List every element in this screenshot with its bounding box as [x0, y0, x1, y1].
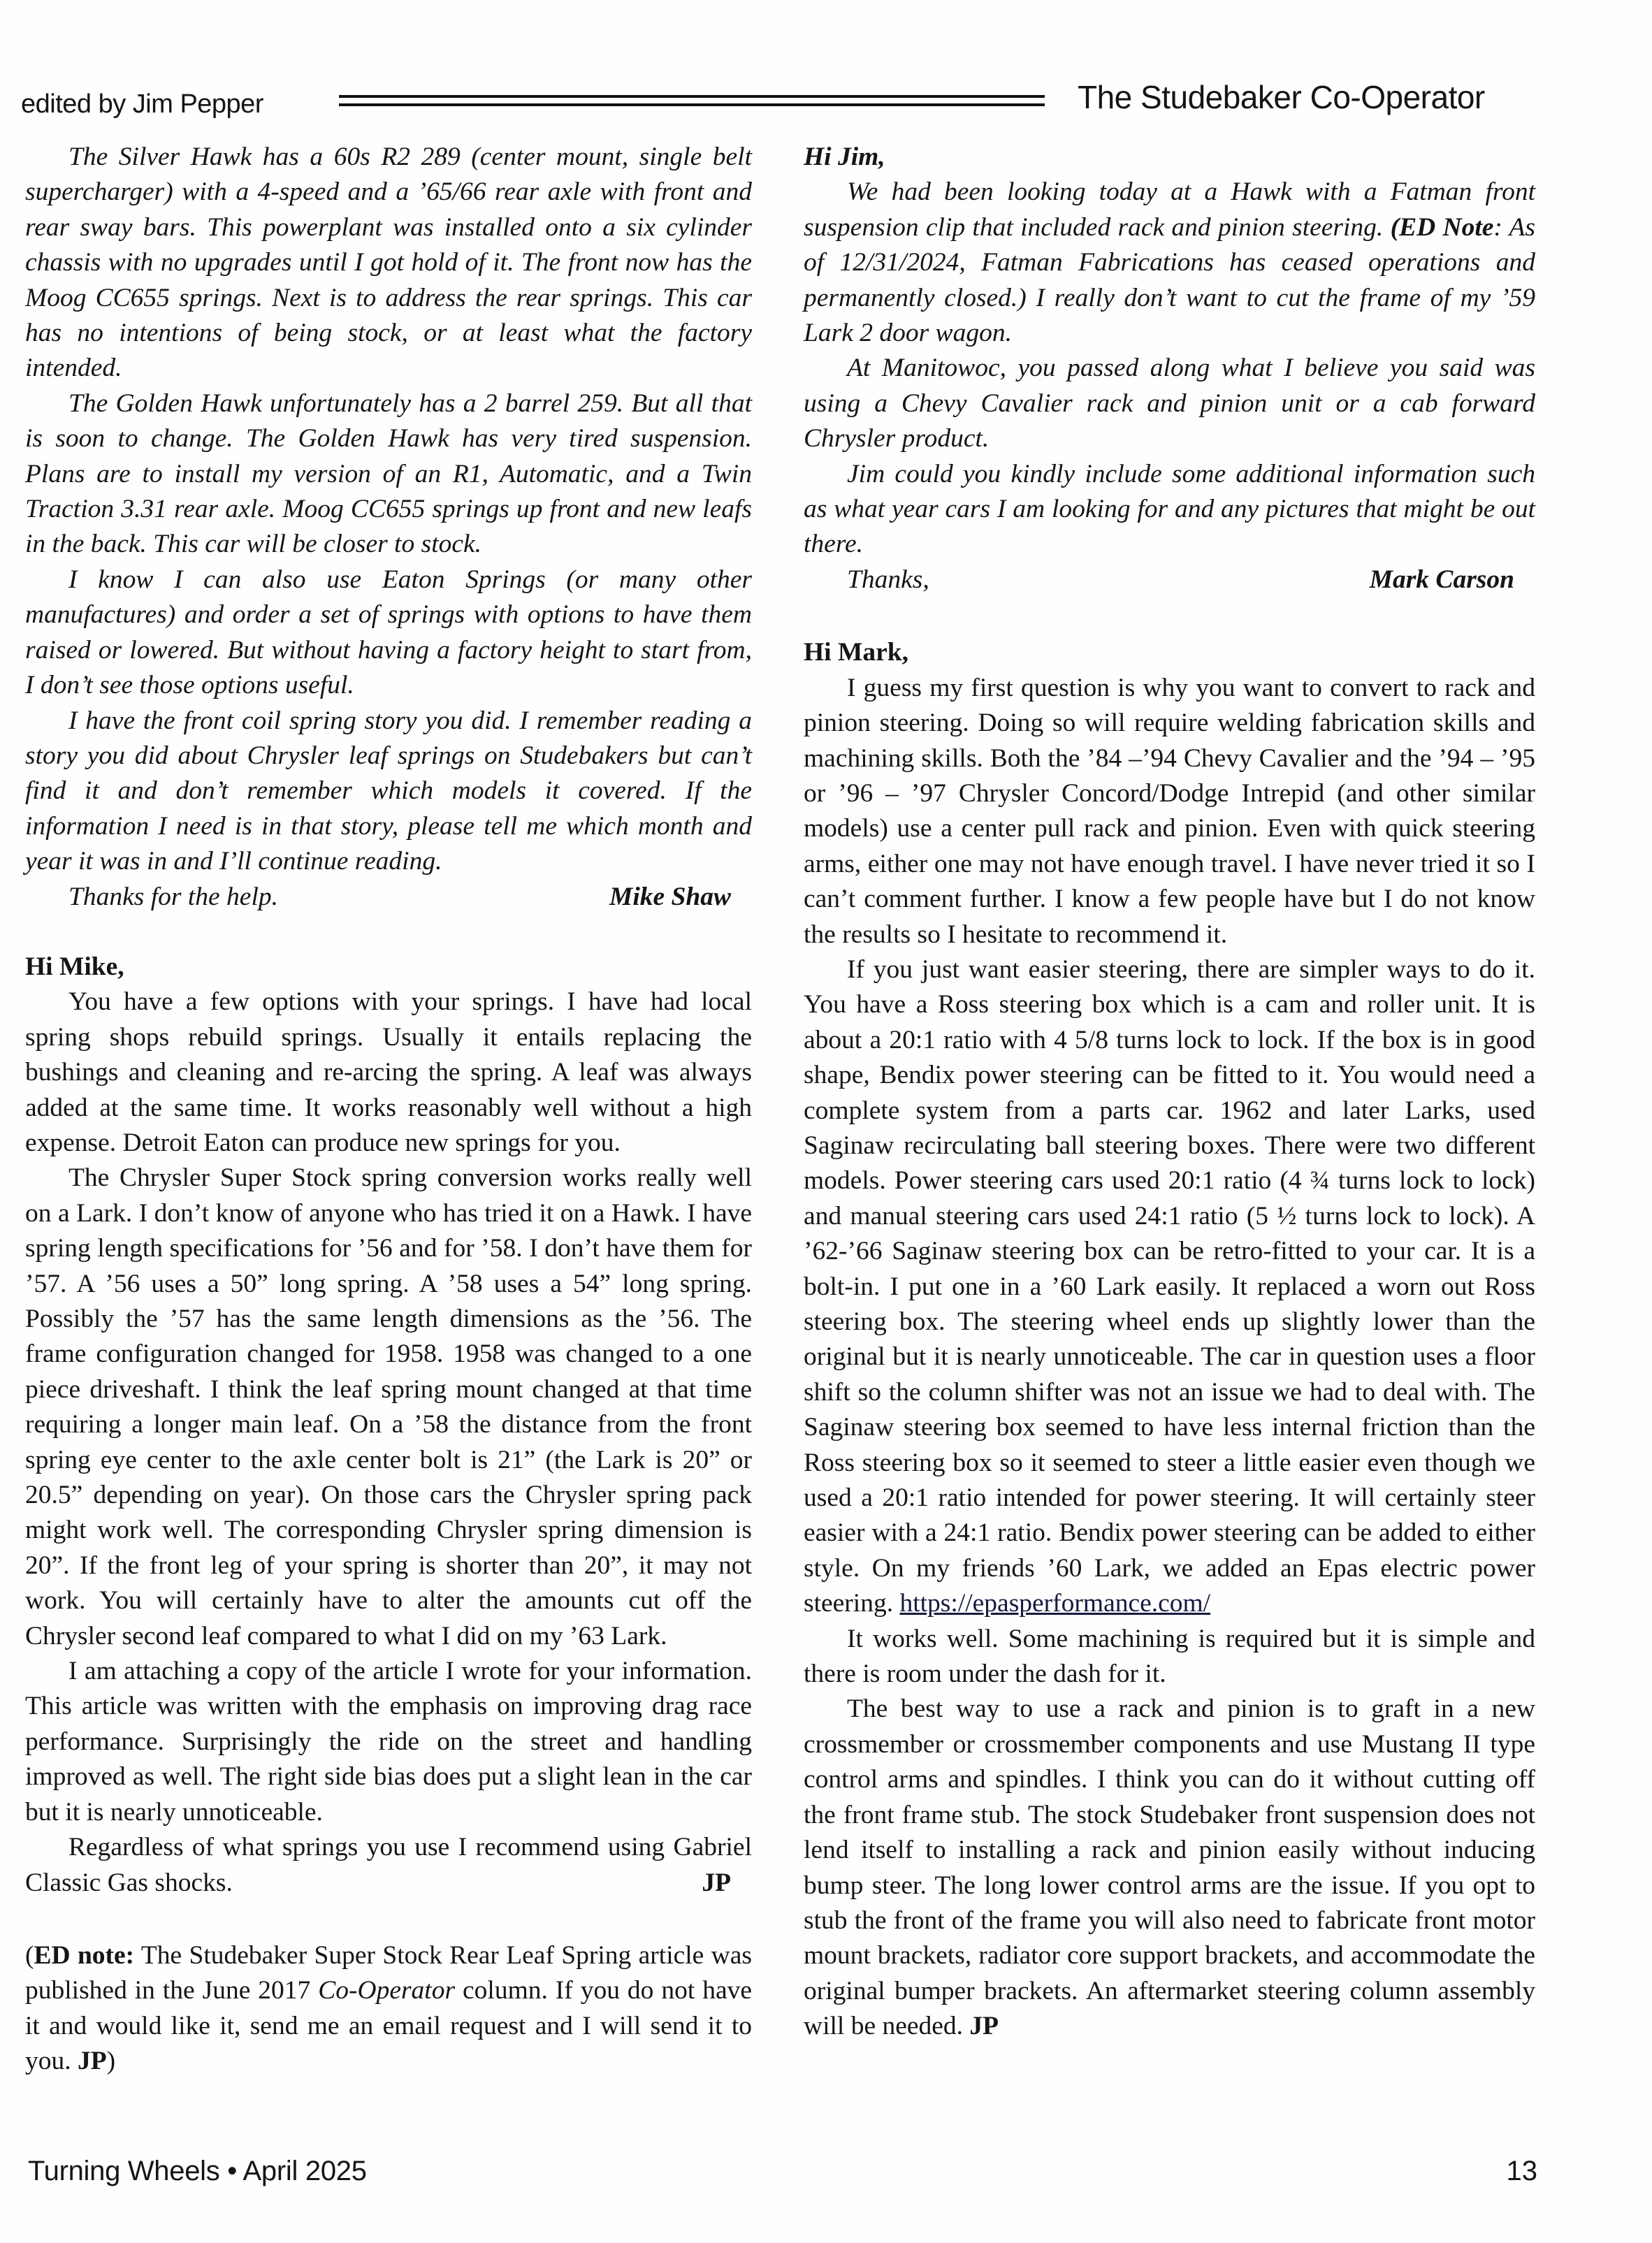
- rule-line: [339, 95, 1045, 98]
- spacer: [25, 1901, 752, 1938]
- reply-paragraph: If you just want easier steering, there …: [804, 952, 1535, 1622]
- page-footer: Turning Wheels • April 2025 13: [28, 2156, 1537, 2191]
- letter-paragraph: We had been looking today at a Hawk with…: [804, 175, 1535, 351]
- letter-signoff: Thanks, Mark Carson: [804, 562, 1535, 597]
- reply-paragraph: Regardless of what springs you use I rec…: [25, 1830, 752, 1901]
- editor-reply-mike: Hi Mike, You have a few options with you…: [25, 950, 752, 1901]
- editor-reply-mark: Hi Mark, I guess my first question is wh…: [804, 635, 1535, 2044]
- ed-note-signature: JP: [78, 2047, 107, 2075]
- letter-paragraph: I have the front coil spring story you d…: [25, 704, 752, 880]
- ed-note-publication: Co-Operator: [318, 1976, 455, 2005]
- spacer: [25, 915, 752, 950]
- reply-paragraph: You have a few options with your springs…: [25, 985, 752, 1161]
- letter-closing: Thanks for the help.: [68, 880, 278, 915]
- letter-paragraph: I know I can also use Eaton Springs (or …: [25, 562, 752, 704]
- letter-paragraph: The Silver Hawk has a 60s R2 289 (center…: [25, 140, 752, 386]
- right-column: Hi Jim, We had been looking today at a H…: [804, 140, 1535, 2045]
- letter-paragraph: The Golden Hawk unfortunately has a 2 ba…: [25, 386, 752, 562]
- rule-line: [339, 103, 1045, 106]
- reply-paragraph-text: Regardless of what springs you use I rec…: [25, 1833, 752, 1896]
- letter-signoff: Thanks for the help. Mike Shaw: [25, 880, 752, 915]
- letter-paragraph: At Manitowoc, you passed along what I be…: [804, 351, 1535, 456]
- publication-issue: Turning Wheels • April 2025: [28, 2156, 367, 2187]
- reply-paragraph: The Chrysler Super Stock spring conversi…: [25, 1161, 752, 1654]
- reply-salutation: Hi Mark,: [804, 635, 1535, 670]
- reader-letter-mark-carson: Hi Jim, We had been looking today at a H…: [804, 140, 1535, 597]
- reader-letter-mike-shaw: The Silver Hawk has a 60s R2 289 (center…: [25, 140, 752, 915]
- reply-signature: JP: [658, 1866, 752, 1901]
- page-number: 13: [1507, 2156, 1538, 2187]
- letter-salutation: Hi Jim,: [804, 140, 1535, 175]
- spacer: [804, 597, 1535, 635]
- editor-note: (ED note: The Studebaker Super Stock Rea…: [25, 1938, 752, 2079]
- letter-signature: Mark Carson: [1370, 562, 1514, 597]
- editor-credit: edited by Jim Pepper: [21, 89, 263, 119]
- epas-performance-link[interactable]: https://epasperformance.com/: [899, 1589, 1210, 1618]
- reply-paragraph: It works well. Some machining is require…: [804, 1622, 1535, 1692]
- ed-note-label: ED note:: [34, 1941, 135, 1970]
- reply-text: If you just want easier steering, there …: [804, 955, 1535, 1618]
- reply-signature: JP: [969, 2012, 999, 2040]
- column-title: The Studebaker Co-Operator: [1078, 78, 1485, 116]
- letter-closing: Thanks,: [847, 562, 929, 597]
- letter-signature: Mike Shaw: [609, 880, 731, 915]
- letter-paragraph: Jim could you kindly include some additi…: [804, 457, 1535, 562]
- page-header: edited by Jim Pepper The Studebaker Co-O…: [21, 78, 1558, 127]
- reply-text: The best way to use a rack and pinion is…: [804, 1694, 1535, 2040]
- reply-salutation: Hi Mike,: [25, 950, 752, 985]
- header-double-rule: [339, 95, 1045, 108]
- reply-paragraph: The best way to use a rack and pinion is…: [804, 1692, 1535, 2044]
- left-column: The Silver Hawk has a 60s R2 289 (center…: [25, 140, 752, 2079]
- reply-paragraph: I am attaching a copy of the article I w…: [25, 1654, 752, 1830]
- ed-note-label: (ED Note: [1391, 213, 1494, 242]
- reply-paragraph: I guess my first question is why you wan…: [804, 671, 1535, 952]
